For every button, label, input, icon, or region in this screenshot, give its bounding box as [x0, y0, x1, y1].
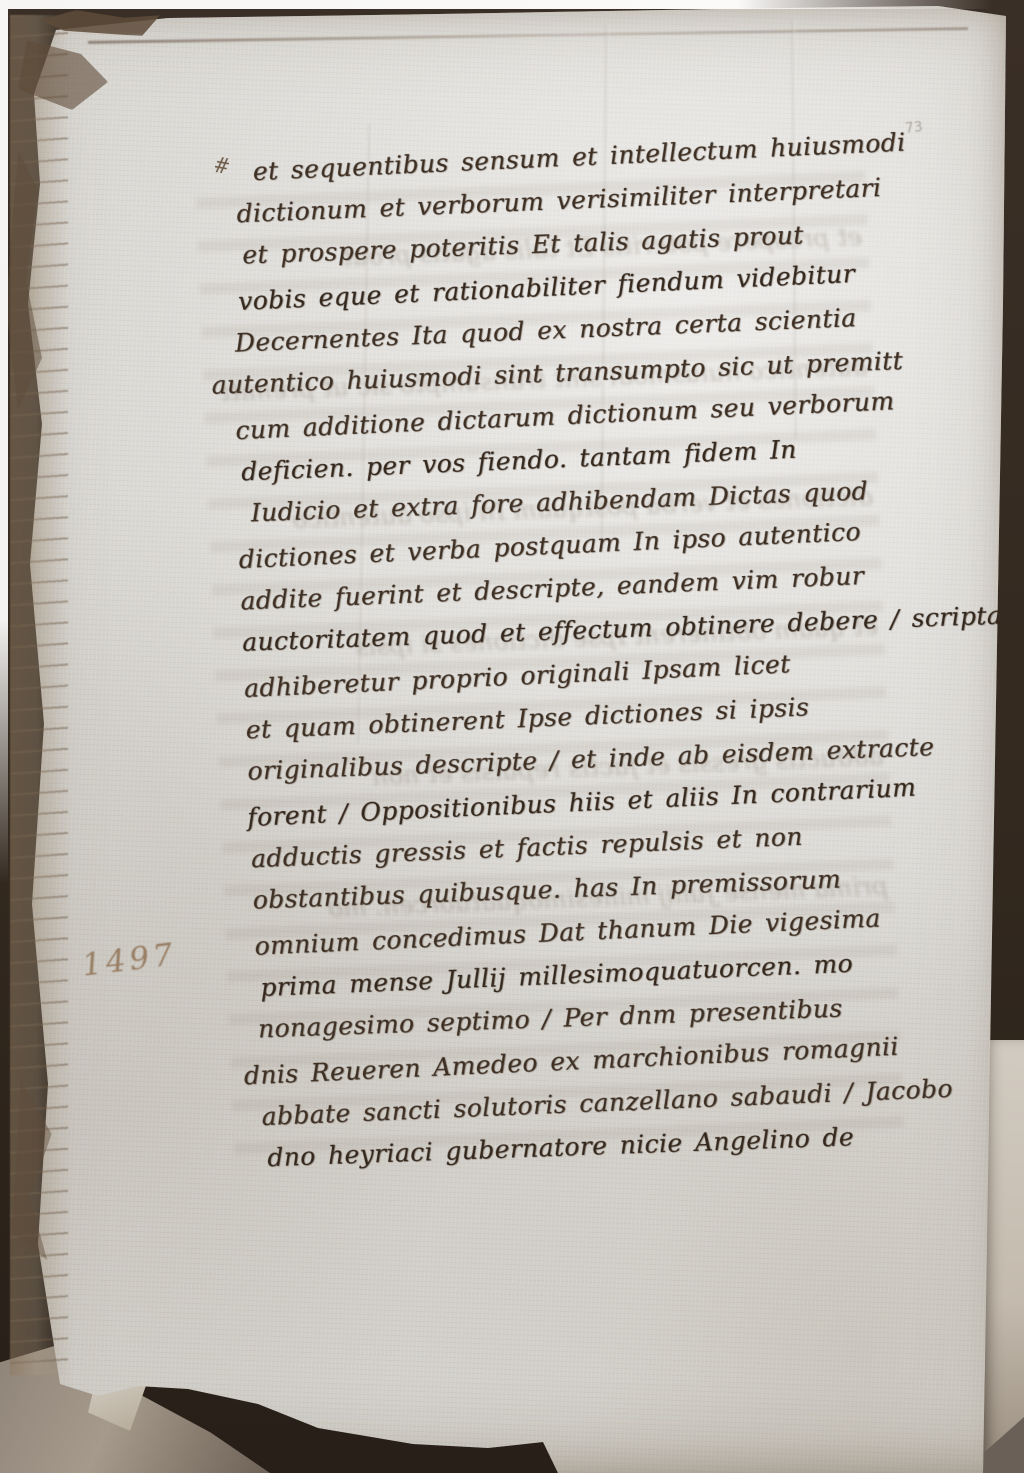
- handwritten-text-block: et sequentibus sensum et intellectum hui…: [222, 122, 944, 1181]
- photo-white-edge-left: [0, 0, 8, 884]
- manuscript-photograph: et prospere poteritis Et talis agatis pr…: [0, 0, 1024, 1473]
- photo-white-edge-top: [0, 0, 1024, 9]
- folio-pencil-mark: 73: [904, 119, 923, 137]
- top-crease: [88, 27, 968, 44]
